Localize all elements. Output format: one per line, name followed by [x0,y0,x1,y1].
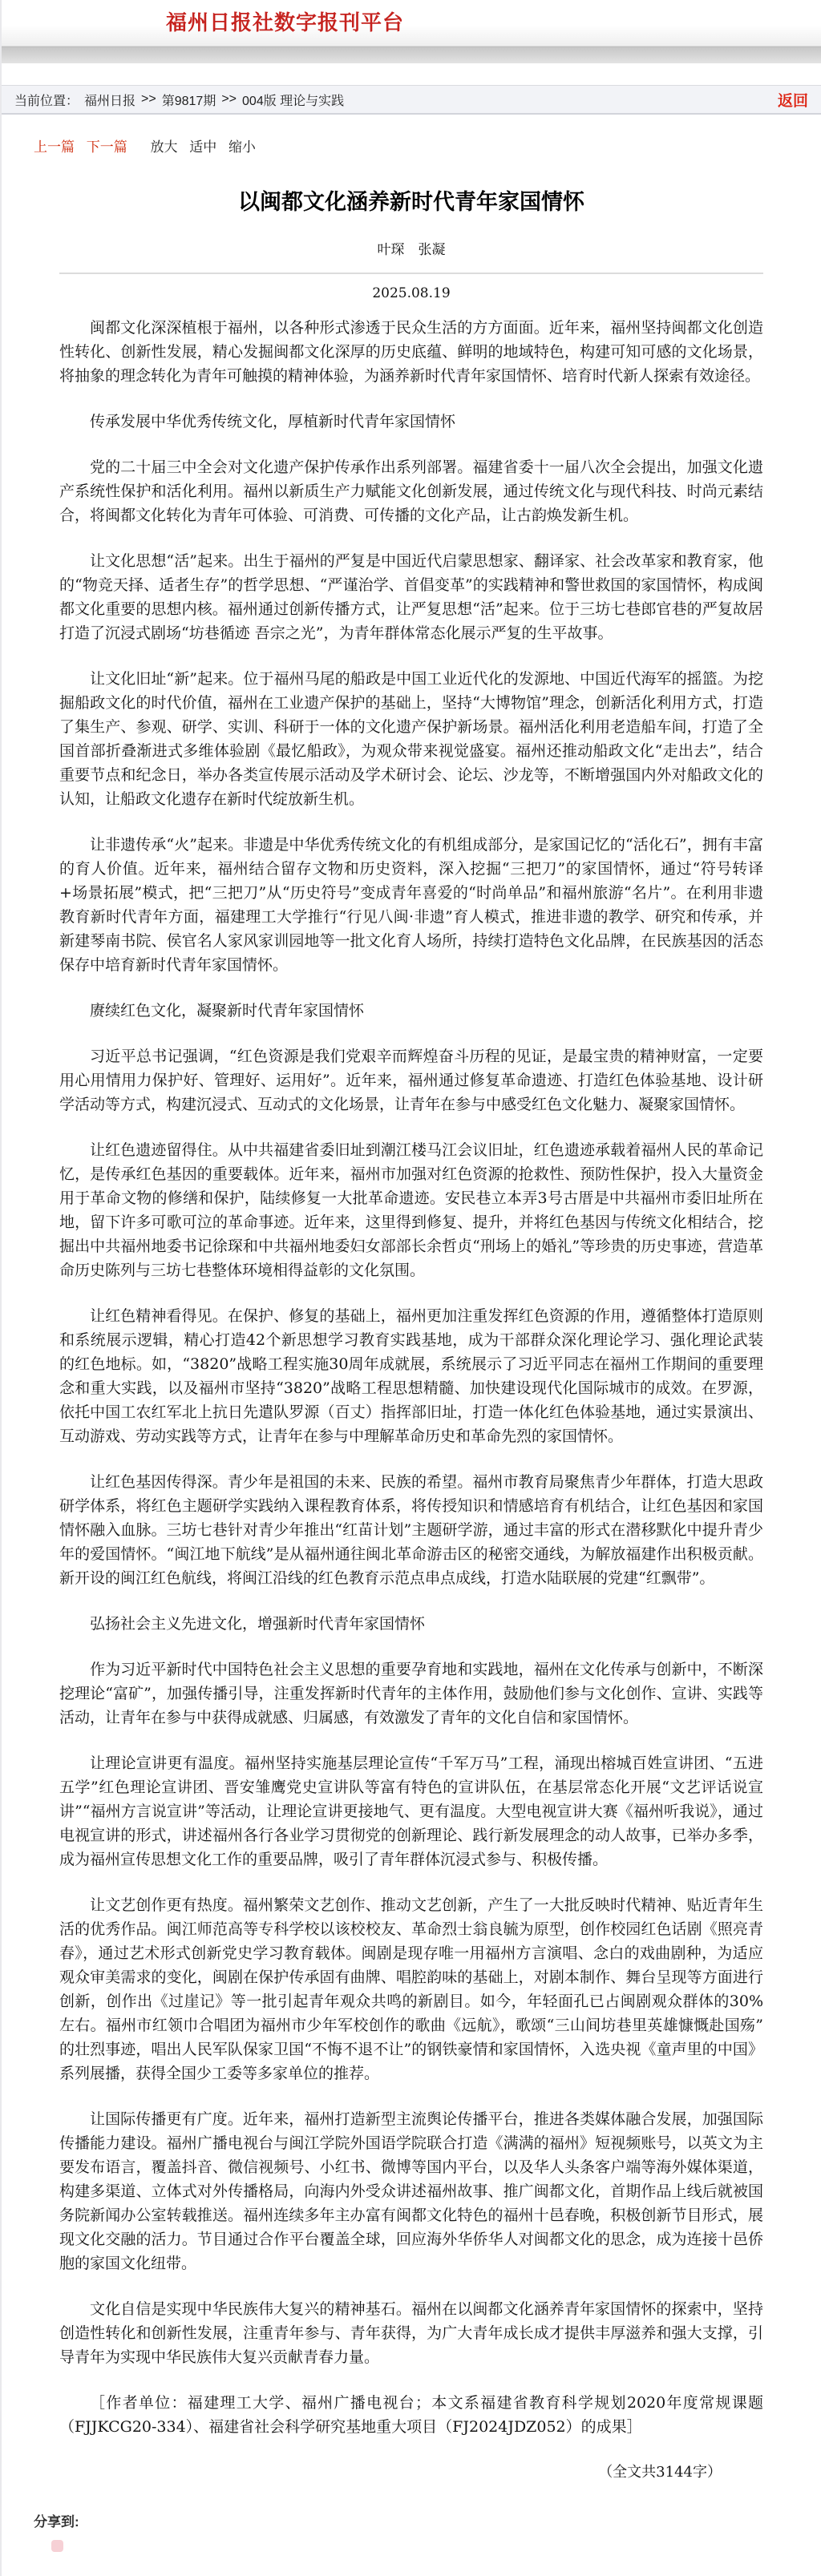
article-paragraph: 让文艺创作更有热度。福州繁荣文艺创作、推动文艺创新，产生了一大批反映时代精神、贴… [59,1893,763,2085]
platform-title: 福州日报社数字报刊平台 [166,0,821,46]
word-count: （全文共3144字） [59,2461,763,2481]
share-row: 分享到: [34,2510,821,2552]
article-paragraph: 让红色基因传得深。青少年是祖国的未来、民族的希望。福州市教育局聚焦青少年群体，打… [59,1470,763,1590]
article-paragraph: 让红色遗迹留得住。从中共福建省委旧址到潮江楼马江会议旧址，红色遗迹承载着福州人民… [59,1138,763,1282]
article-paragraph: 文化自信是实现中华民族伟大复兴的精神基石。福州在以闽都文化涵养青年家国情怀的探索… [59,2297,763,2369]
article-title: 以闽都文化涵养新时代青年家国情怀 [59,184,763,216]
breadcrumb-paper-link[interactable]: 福州日报 [84,91,135,109]
share-label: 分享到: [34,2514,79,2530]
article-paragraph: 让红色精神看得见。在保护、修复的基础上，福州更加注重发挥红色资源的作用，遵循整体… [59,1304,763,1448]
section-heading: 赓续红色文化，凝聚新时代青年家国情怀 [59,999,763,1023]
header-divider-band [2,46,821,63]
site-header: 福州日报社数字报刊平台 [2,0,821,46]
article-toolbar: 上一篇 下一篇 放大 适中 缩小 [34,135,821,155]
article-paragraph: 党的二十届三中全会对文化遗产保护传承作出系列部署。福建省委十一届八次全会提出，加… [59,455,763,527]
breadcrumb: 当前位置： 福州日报 >> 第9817期 >> 004版 理论与实践 返回 [2,85,821,115]
breadcrumb-issue-link[interactable]: 第9817期 [162,91,216,109]
article-paragraph: 闽都文化深深植根于福州，以各种形式渗透于民众生活的方方面面。近年来，福州坚持闽都… [59,316,763,388]
page: 福州日报社数字报刊平台 当前位置： 福州日报 >> 第9817期 >> 004版… [2,0,821,2576]
font-zoom-out-link[interactable]: 缩小 [229,139,256,155]
share-icon[interactable] [51,2540,63,2552]
font-zoom-medium-link[interactable]: 适中 [189,139,216,155]
font-zoom-in-link[interactable]: 放大 [150,139,177,155]
breadcrumb-separator: >> [221,92,237,107]
article-body: 闽都文化深深植根于福州，以各种形式渗透于民众生活的方方面面。近年来，福州坚持闽都… [59,316,763,2439]
section-heading: 传承发展中华优秀传统文化，厚植新时代青年家国情怀 [59,410,763,434]
article: 以闽都文化涵养新时代青年家国情怀 叶琛 张凝 2025.08.19 闽都文化深深… [59,184,763,2481]
article-paragraph: 让文化思想“活”起来。出生于福州的严复是中国近代启蒙思想家、翻译家、社会改革家和… [59,549,763,645]
section-heading: 弘扬社会主义先进文化，增强新时代青年家国情怀 [59,1612,763,1636]
article-paragraph: ［作者单位：福建理工大学、福州广播电视台；本文系福建省教育科学规划2020年度常… [59,2391,763,2439]
article-authors: 叶琛 张凝 [59,238,763,258]
article-paragraph: 让文化旧址“新”起来。位于福州马尾的船政是中国工业近代化的发源地、中国近代海军的… [59,667,763,811]
article-paragraph: 作为习近平新时代中国特色社会主义思想的重要孕育地和实践地，福州在文化传承与创新中… [59,1657,763,1730]
breadcrumb-separator: >> [141,92,156,107]
breadcrumb-label: 当前位置： [14,91,79,109]
title-divider [59,273,763,274]
article-paragraph: 让国际传播更有广度。近年来，福州打造新型主流舆论传播平台，推进各类媒体融合发展，… [59,2107,763,2275]
article-paragraph: 习近平总书记强调，“红色资源是我们党艰辛而辉煌奋斗历程的见证，是最宝贵的精神财富… [59,1044,763,1116]
next-article-link[interactable]: 下一篇 [87,139,127,155]
article-paragraph: 让非遗传承“火”起来。非遗是中华优秀传统文化的有机组成部分，是家国记忆的“活化石… [59,833,763,977]
prev-article-link[interactable]: 上一篇 [34,139,75,155]
back-button[interactable]: 返回 [778,89,808,111]
breadcrumb-edition-link[interactable]: 004版 理论与实践 [242,91,344,109]
article-date: 2025.08.19 [59,285,763,301]
article-paragraph: 让理论宣讲更有温度。福州坚持实施基层理论宣传“千军万马”工程，涌现出榕城百姓宣讲… [59,1751,763,1871]
